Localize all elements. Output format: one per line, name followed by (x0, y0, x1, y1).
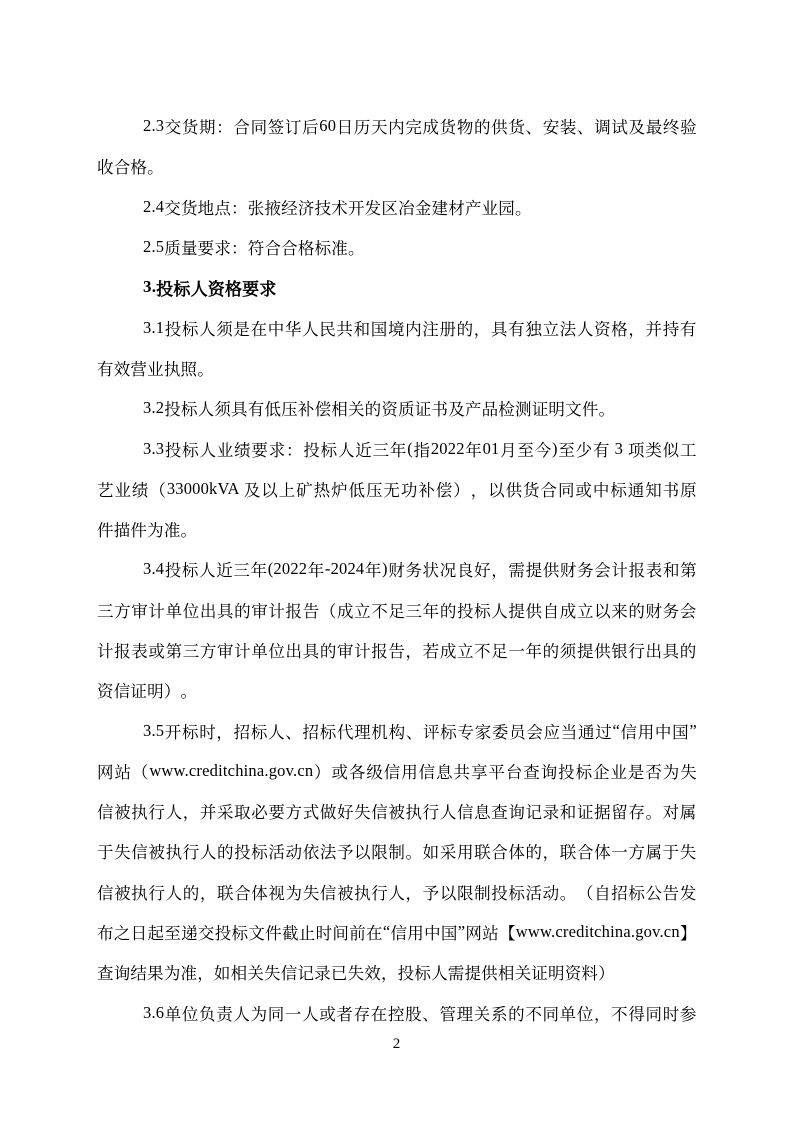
text-line: 资信证明）。 (97, 670, 697, 710)
section-heading: 3.投标人资格要求 (97, 267, 697, 307)
text-line: 3.4投标人近三年(2022年-2024年)财务状况良好，需提供财务会计报表和第 (97, 549, 697, 589)
text-line: 3.3投标人业绩要求：投标人近三年(指2022年01月至今)至少有 3 项类似工 (97, 428, 697, 468)
document-content: 2.3交货期：合同签订后60日历天内完成货物的供货、安装、调试及最终验收合格。2… (97, 106, 697, 1033)
paragraph: 3.4投标人近三年(2022年-2024年)财务状况良好，需提供财务会计报表和第… (97, 549, 697, 710)
text-line: 计报表或第三方审计单位出具的审计报告，若成立不足一年的须提供银行出具的 (97, 630, 697, 670)
text-line: 三方审计单位出具的审计报告（成立不足三年的投标人提供自成立以来的财务会 (97, 590, 697, 630)
paragraph: 3.2投标人须具有低压补偿相关的资质证书及产品检测证明文件。 (97, 388, 697, 428)
text-line: 3.投标人资格要求 (97, 267, 697, 307)
paragraph: 3.3投标人业绩要求：投标人近三年(指2022年01月至今)至少有 3 项类似工… (97, 428, 697, 549)
paragraph: 3.1投标人须是在中华人民共和国境内注册的，具有独立法人资格，并持有有效营业执照… (97, 307, 697, 388)
paragraph: 3.6单位负责人为同一人或者存在控股、管理关系的不同单位，不得同时参 (97, 993, 697, 1033)
text-line: 网站（www.creditchina.gov.cn）或各级信用信息共享平台查询投… (97, 751, 697, 791)
text-line: 件描件为准。 (97, 509, 697, 549)
text-line: 有效营业执照。 (97, 348, 697, 388)
text-line: 2.4交货地点：张掖经济技术开发区冶金建材产业园。 (97, 187, 697, 227)
text-line: 3.5开标时，招标人、招标代理机构、评标专家委员会应当通过“信用中国” (97, 710, 697, 750)
text-line: 3.1投标人须是在中华人民共和国境内注册的，具有独立法人资格，并持有 (97, 307, 697, 347)
text-line: 于失信被执行人的投标活动依法予以限制。如采用联合体的，联合体一方属于失 (97, 831, 697, 871)
text-line: 布之日起至递交投标文件截止时间前在“信用中国”网站【www.creditchin… (97, 912, 697, 952)
text-line: 信被执行人的，联合体视为失信被执行人，予以限制投标活动。（自招标公告发 (97, 872, 697, 912)
text-line: 查询结果为准，如相关失信记录已失效，投标人需提供相关证明资料） (97, 952, 697, 992)
paragraph: 2.4交货地点：张掖经济技术开发区冶金建材产业园。 (97, 187, 697, 227)
text-line: 3.6单位负责人为同一人或者存在控股、管理关系的不同单位，不得同时参 (97, 993, 697, 1033)
paragraph: 2.5质量要求：符合合格标准。 (97, 227, 697, 267)
paragraph: 3.5开标时，招标人、招标代理机构、评标专家委员会应当通过“信用中国”网站（ww… (97, 710, 697, 992)
document-page: 2.3交货期：合同签订后60日历天内完成货物的供货、安装、调试及最终验收合格。2… (0, 0, 793, 1122)
paragraph: 2.3交货期：合同签订后60日历天内完成货物的供货、安装、调试及最终验收合格。 (97, 106, 697, 187)
text-line: 2.5质量要求：符合合格标准。 (97, 227, 697, 267)
page-number: 2 (0, 1036, 793, 1053)
text-line: 收合格。 (97, 146, 697, 186)
text-line: 2.3交货期：合同签订后60日历天内完成货物的供货、安装、调试及最终验 (97, 106, 697, 146)
text-line: 3.2投标人须具有低压补偿相关的资质证书及产品检测证明文件。 (97, 388, 697, 428)
text-line: 信被执行人，并采取必要方式做好失信被执行人信息查询记录和证据留存。对属 (97, 791, 697, 831)
text-line: 艺业绩（33000kVA 及以上矿热炉低压无功补偿），以供货合同或中标通知书原 (97, 469, 697, 509)
